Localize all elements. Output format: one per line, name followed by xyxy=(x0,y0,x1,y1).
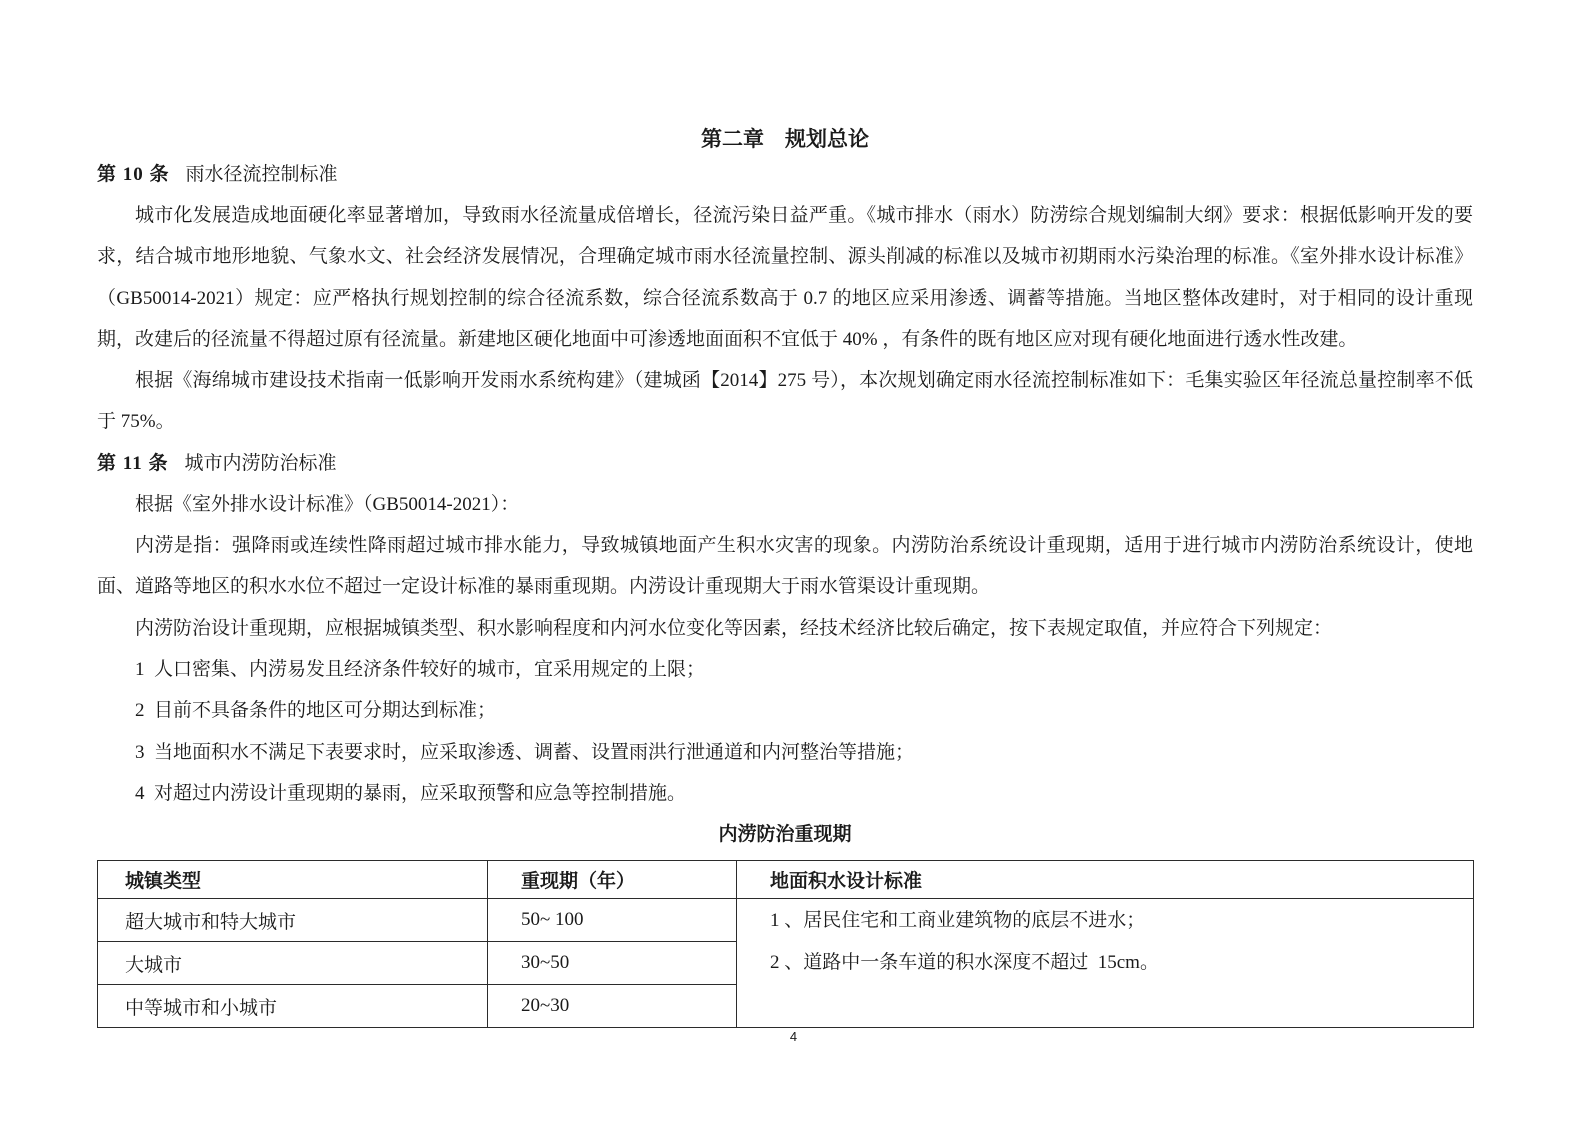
col-header-town-type: 城镇类型 xyxy=(98,861,488,899)
article-10-heading: 第 10 条雨水径流控制标准 xyxy=(97,154,1473,195)
col-header-ponding-standard: 地面积水设计标准 xyxy=(737,861,1474,899)
table-row: 超大城市和特大城市 50~ 100 1 、居民住宅和工商业建筑物的底层不进水； … xyxy=(98,899,1474,942)
flood-control-return-period-table: 城镇类型 重现期（年） 地面积水设计标准 超大城市和特大城市 50~ 100 1… xyxy=(97,860,1474,1028)
cell-return-period: 20~30 xyxy=(488,985,737,1028)
document-content: 第二章 规划总论 第 10 条雨水径流控制标准 城市化发展造成地面硬化率显著增加… xyxy=(0,0,1587,1028)
cell-return-period: 30~50 xyxy=(488,942,737,985)
page-number: 4 xyxy=(0,1029,1587,1044)
article-10-paragraph-1: 城市化发展造成地面硬化率显著增加，导致雨水径流量成倍增长，径流污染日益严重。《城… xyxy=(97,195,1473,360)
article-11-paragraph-1: 根据《室外排水设计标准》（GB50014-2021）： xyxy=(97,484,1473,525)
rule-item-2: 2 目前不具备条件的地区可分期达到标准； xyxy=(97,690,1473,731)
table-header-row: 城镇类型 重现期（年） 地面积水设计标准 xyxy=(98,861,1474,899)
article-11-number: 第 11 条 xyxy=(97,453,168,474)
ponding-standard-item-1: 1 、居民住宅和工商业建筑物的底层不进水； xyxy=(770,900,1465,942)
cell-return-period: 50~ 100 xyxy=(488,899,737,942)
chapter-title: 第二章 规划总论 xyxy=(97,124,1473,154)
article-10-paragraph-2: 根据《海绵城市建设技术指南一低影响开发雨水系统构建》（建城函【2014】275 … xyxy=(97,360,1473,443)
table-caption: 内涝防治重现期 xyxy=(97,814,1473,855)
article-11-paragraph-2: 内涝是指：强降雨或连续性降雨超过城市排水能力，导致城镇地面产生积水灾害的现象。内… xyxy=(97,525,1473,608)
cell-town-type: 超大城市和特大城市 xyxy=(98,899,488,942)
article-10-number: 第 10 条 xyxy=(97,164,170,185)
article-11-heading: 第 11 条城市内涝防治标准 xyxy=(97,443,1473,484)
article-10-title: 雨水径流控制标准 xyxy=(186,164,338,185)
col-header-return-period: 重现期（年） xyxy=(488,861,737,899)
cell-town-type: 大城市 xyxy=(98,942,488,985)
article-11-paragraph-3: 内涝防治设计重现期，应根据城镇类型、积水影响程度和内河水位变化等因素，经技术经济… xyxy=(97,608,1473,649)
rule-item-4: 4 对超过内涝设计重现期的暴雨，应采取预警和应急等控制措施。 xyxy=(97,773,1473,814)
document-page: 第二章 规划总论 第 10 条雨水径流控制标准 城市化发展造成地面硬化率显著增加… xyxy=(0,0,1587,1122)
cell-town-type: 中等城市和小城市 xyxy=(98,985,488,1028)
article-11-title: 城市内涝防治标准 xyxy=(184,453,336,474)
rule-item-1: 1 人口密集、内涝易发且经济条件较好的城市，宜采用规定的上限； xyxy=(97,649,1473,690)
ponding-standard-item-2: 2 、道路中一条车道的积水深度不超过 15cm。 xyxy=(770,942,1465,984)
cell-ponding-standard: 1 、居民住宅和工商业建筑物的底层不进水； 2 、道路中一条车道的积水深度不超过… xyxy=(737,899,1474,1028)
rule-item-3: 3 当地面积水不满足下表要求时，应采取渗透、调蓄、设置雨洪行泄通道和内河整治等措… xyxy=(97,732,1473,773)
